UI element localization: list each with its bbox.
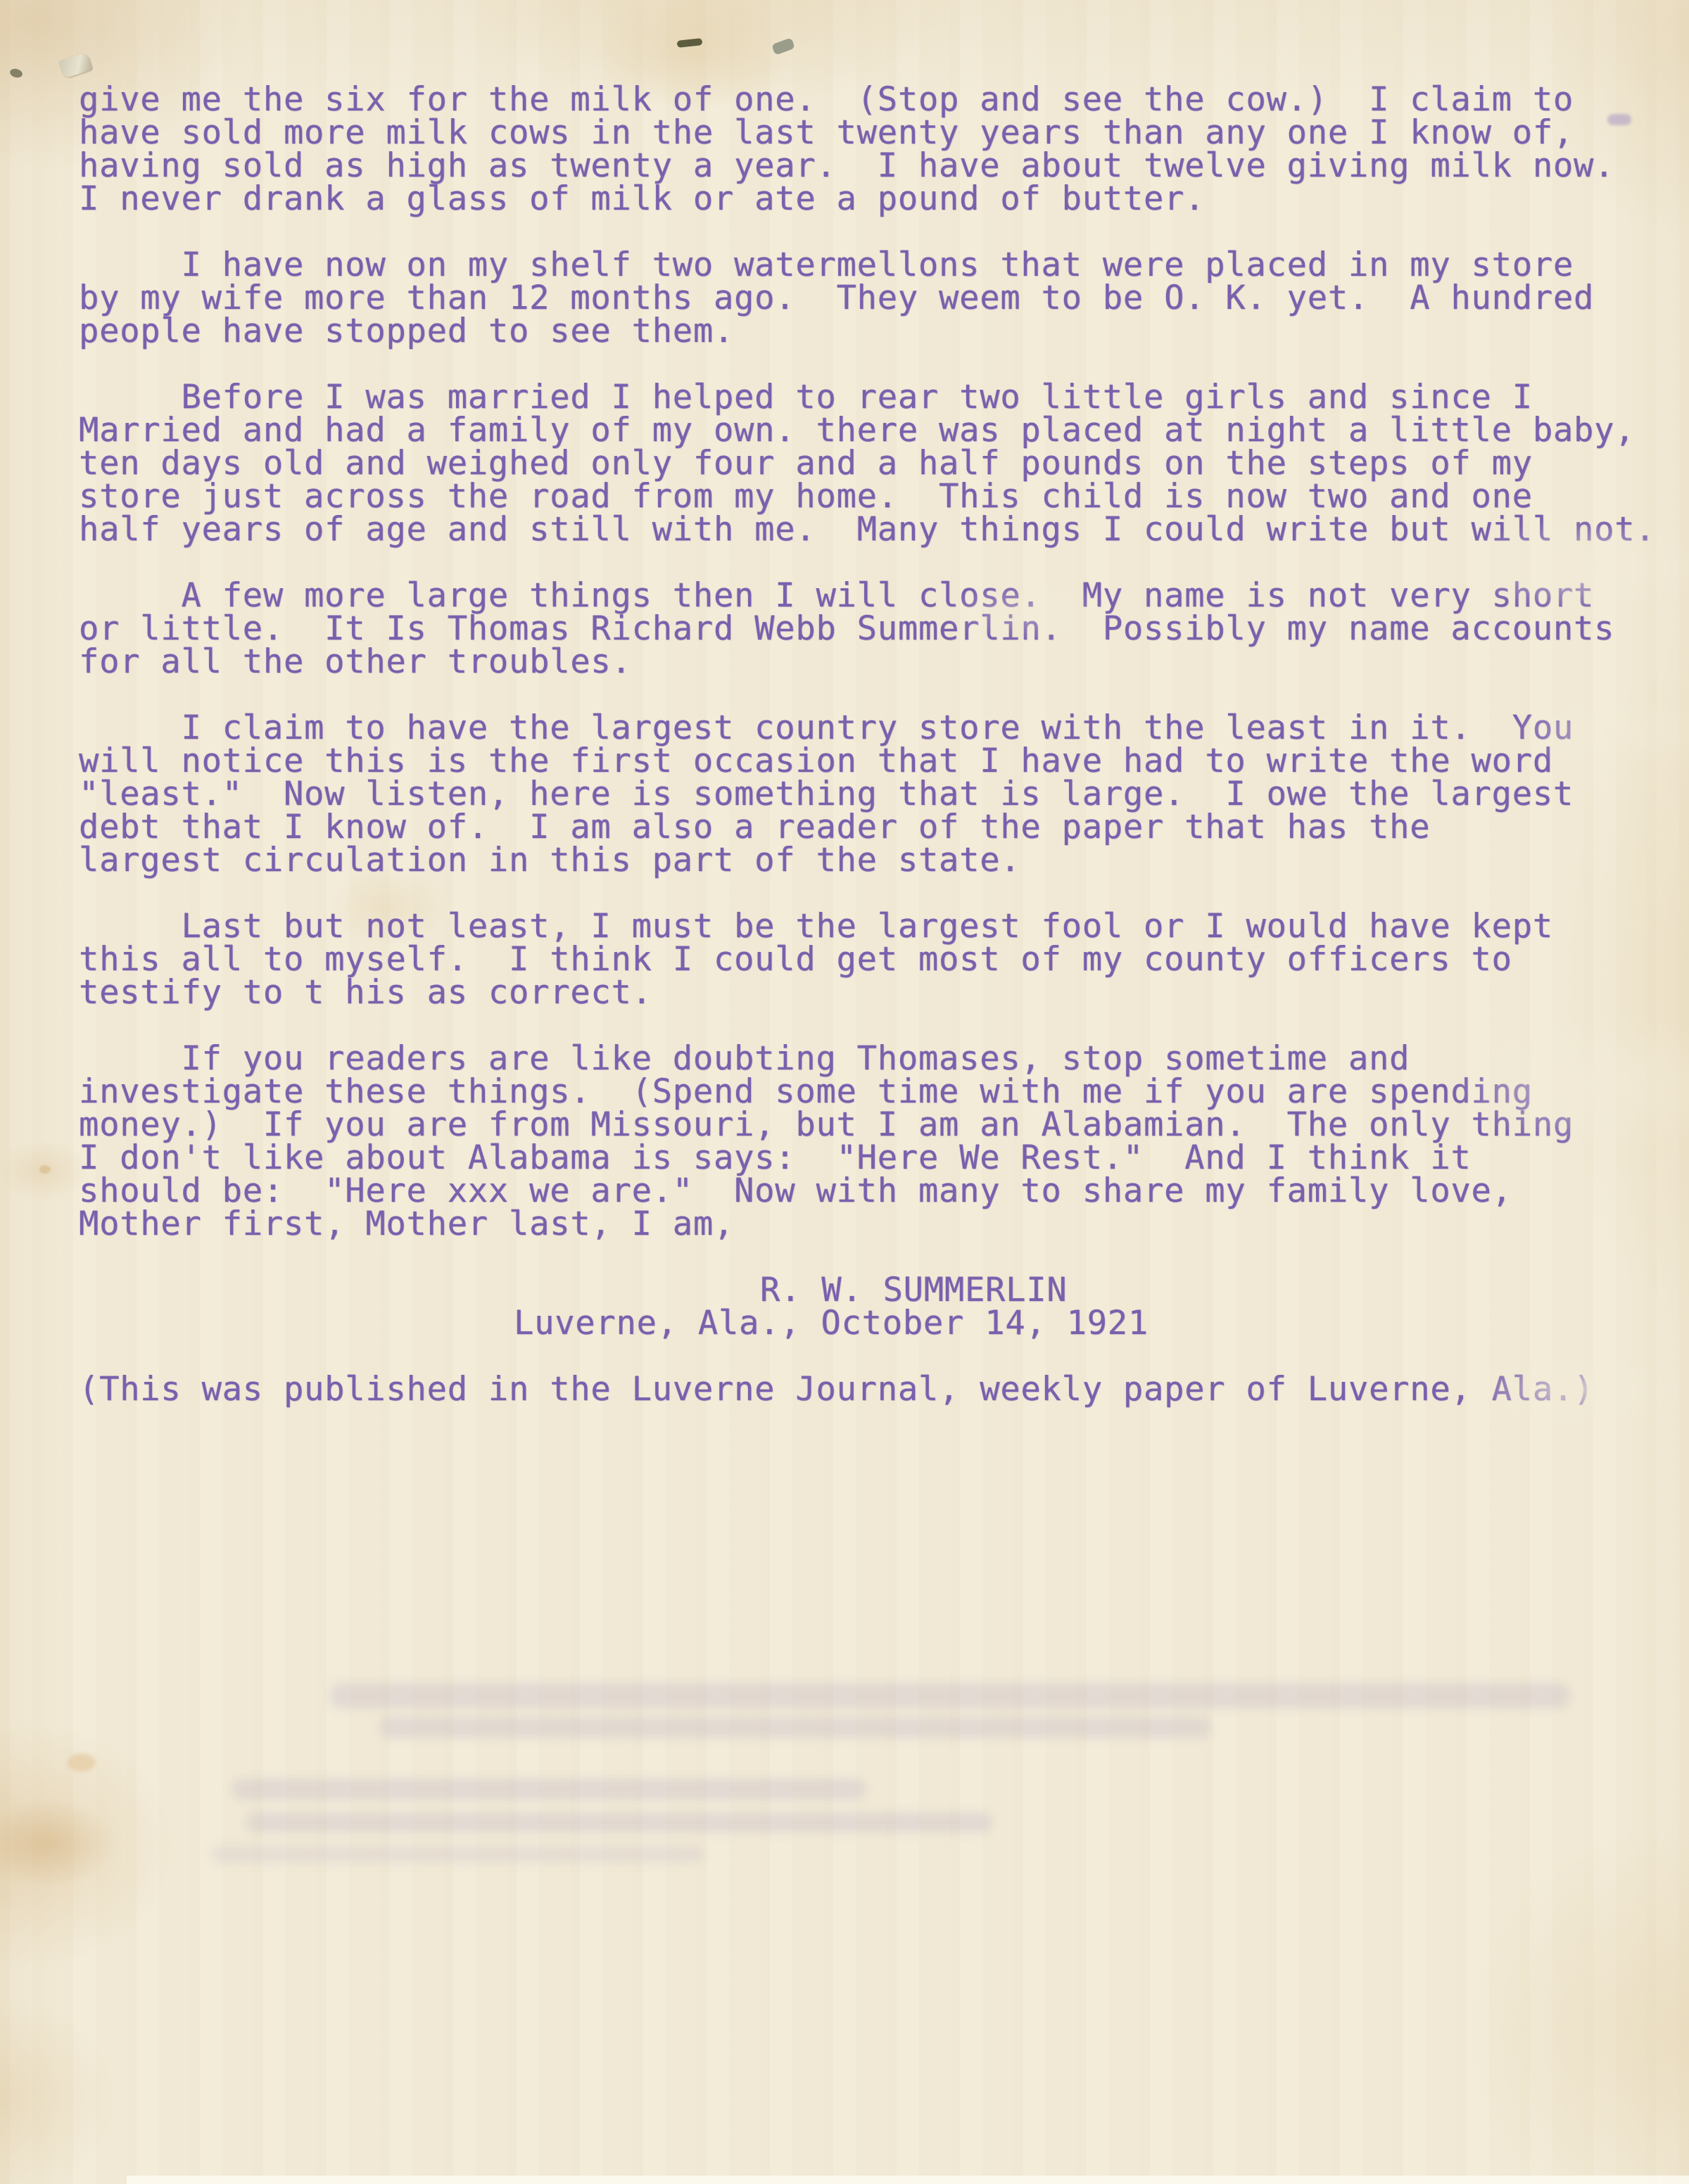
typed-paragraph: A few more large things then I will clos…	[79, 579, 1669, 678]
typed-paragraph: I claim to have the largest country stor…	[79, 711, 1669, 877]
scan-bottom-edge	[127, 2176, 1689, 2184]
ghost-bleed-through-line	[211, 1845, 704, 1863]
paper-tear-chip	[58, 52, 92, 79]
ghost-bleed-through-line	[331, 1683, 1569, 1708]
signature-place-date: Luverne, Ala., October 14, 1921	[79, 1307, 1669, 1340]
paper-speck	[771, 37, 795, 55]
typed-paragraph: If you readers are like doubting Thomase…	[79, 1042, 1669, 1240]
ink-smudge	[1607, 114, 1631, 125]
ghost-bleed-through-line	[380, 1717, 1210, 1738]
typed-paragraph: Before I was married I helped to rear tw…	[79, 381, 1669, 546]
publication-note: (This was published in the Luverne Journ…	[79, 1373, 1669, 1406]
typed-paragraph: I have now on my shelf two watermellons …	[79, 248, 1669, 348]
typed-paragraph: give me the six for the milk of one. (St…	[79, 83, 1669, 215]
typed-text-block: give me the six for the milk of one. (St…	[79, 83, 1669, 1406]
ghost-bleed-through-line	[246, 1812, 992, 1832]
paper-speck	[677, 38, 703, 48]
signature-name: R. W. SUMMERLIN	[79, 1274, 1669, 1307]
typed-paragraph: Last but not least, I must be the larges…	[79, 910, 1669, 1009]
paper-speck	[9, 68, 23, 79]
scanned-letter-page: give me the six for the milk of one. (St…	[0, 0, 1689, 2184]
foxing-dot	[39, 1165, 51, 1174]
ghost-bleed-through-line	[232, 1779, 866, 1800]
foxing-dot	[68, 1753, 96, 1772]
